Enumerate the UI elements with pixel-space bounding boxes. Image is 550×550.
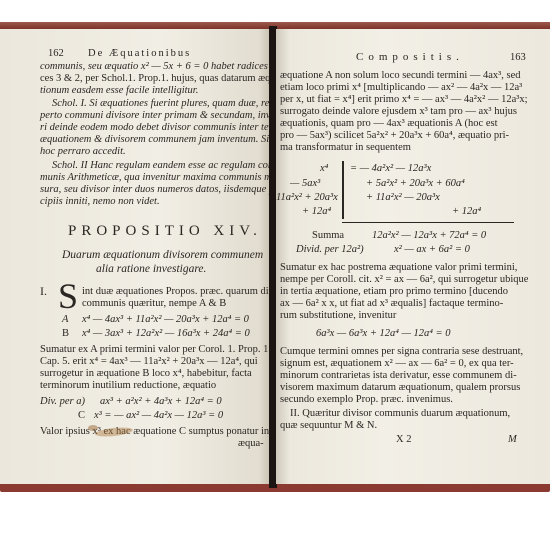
equation-label: A	[62, 313, 68, 326]
running-head: De Æquationibus	[88, 47, 191, 60]
right-page: Compositis. 163 æquatione A non solum lo…	[276, 29, 550, 484]
equation-label: C	[78, 409, 85, 422]
proposition-subtitle: alia ratione investigare.	[96, 263, 206, 276]
table-right-cell: + 12a⁴	[452, 205, 481, 218]
divid-equation: x² — ax + 6a² = 0	[394, 243, 470, 256]
section-number: I.	[40, 285, 47, 298]
divid-label: Divid. per 12a²)	[296, 243, 364, 256]
division-label: Div. per a)	[40, 395, 85, 408]
text-line: tionum easdem esse facile intelligitur.	[40, 84, 198, 97]
running-head: Compositis.	[356, 51, 464, 64]
section-2-line: quæ sequuntur M & N.	[280, 419, 377, 432]
equation-label: B	[62, 327, 69, 340]
equation-c: x³ = — ax² — 4a²x — 12a³ = 0	[94, 409, 223, 422]
division-equation: ax³ + a²x² + 4a³x + 12a⁴ = 0	[100, 395, 222, 408]
table-right-cell: = — 4a²x² — 12a³x	[350, 162, 431, 175]
catchword: M	[508, 433, 517, 446]
table-right-cell: + 5a²x² + 20a³x + 60a⁴	[366, 177, 465, 190]
catchword: æqua-	[238, 437, 264, 450]
body-line: rum substitutione, invenitur	[280, 309, 396, 322]
scholium-1-line: hoc perraro accedit.	[40, 145, 126, 158]
page-number: 162	[48, 47, 64, 60]
proposition-title: PROPOSITIO XIV.	[68, 225, 262, 238]
body-line: secundo exemplo Prop. præc. invenimus.	[280, 393, 453, 406]
intro-line: communis quæritur, nempe A & B	[82, 297, 226, 310]
equation: x⁴ — 3ax³ + 12a²x² — 16a³x + 24a⁴ = 0	[82, 327, 250, 340]
closing-line: Valor ipsius x³ ex hac æquatione C sumpt…	[40, 425, 269, 438]
proposition-subtitle: Duarum æquationum divisorem communem	[62, 249, 263, 262]
equation: x⁴ — 4ax³ + 11a²x² — 20a³x + 12a⁴ = 0	[82, 313, 249, 326]
scholium-2-line: cipiis inniti, nemo non videt.	[40, 195, 160, 208]
sum-rule	[342, 222, 514, 223]
summa-equation: 12a²x² — 12a³x + 72a⁴ = 0	[372, 229, 486, 242]
drop-cap: S	[58, 279, 78, 313]
page-stain	[88, 425, 98, 431]
body-line: terminorum inutilium reductione, æquatio	[40, 379, 216, 392]
table-left-cell: — 5ax³	[290, 177, 320, 190]
page-number: 163	[510, 51, 526, 64]
summa-label: Summa	[312, 229, 344, 242]
result-equation: 6a³x — 6a³x + 12a⁴ — 12a⁴ = 0	[316, 327, 451, 340]
text-line: ma transformatur in sequentem	[280, 141, 411, 154]
table-left-cell: + 12a⁴	[302, 205, 331, 218]
table-left-cell: x⁴	[320, 162, 328, 175]
signature-mark: X 2	[396, 433, 411, 446]
table-divider	[342, 161, 344, 219]
table-left-cell: 11a²x² + 20a³x	[276, 191, 338, 204]
table-right-cell: + 11a²x² — 20a³x	[366, 191, 440, 204]
left-page: 162 De Æquationibus communis, seu æquati…	[0, 29, 270, 484]
